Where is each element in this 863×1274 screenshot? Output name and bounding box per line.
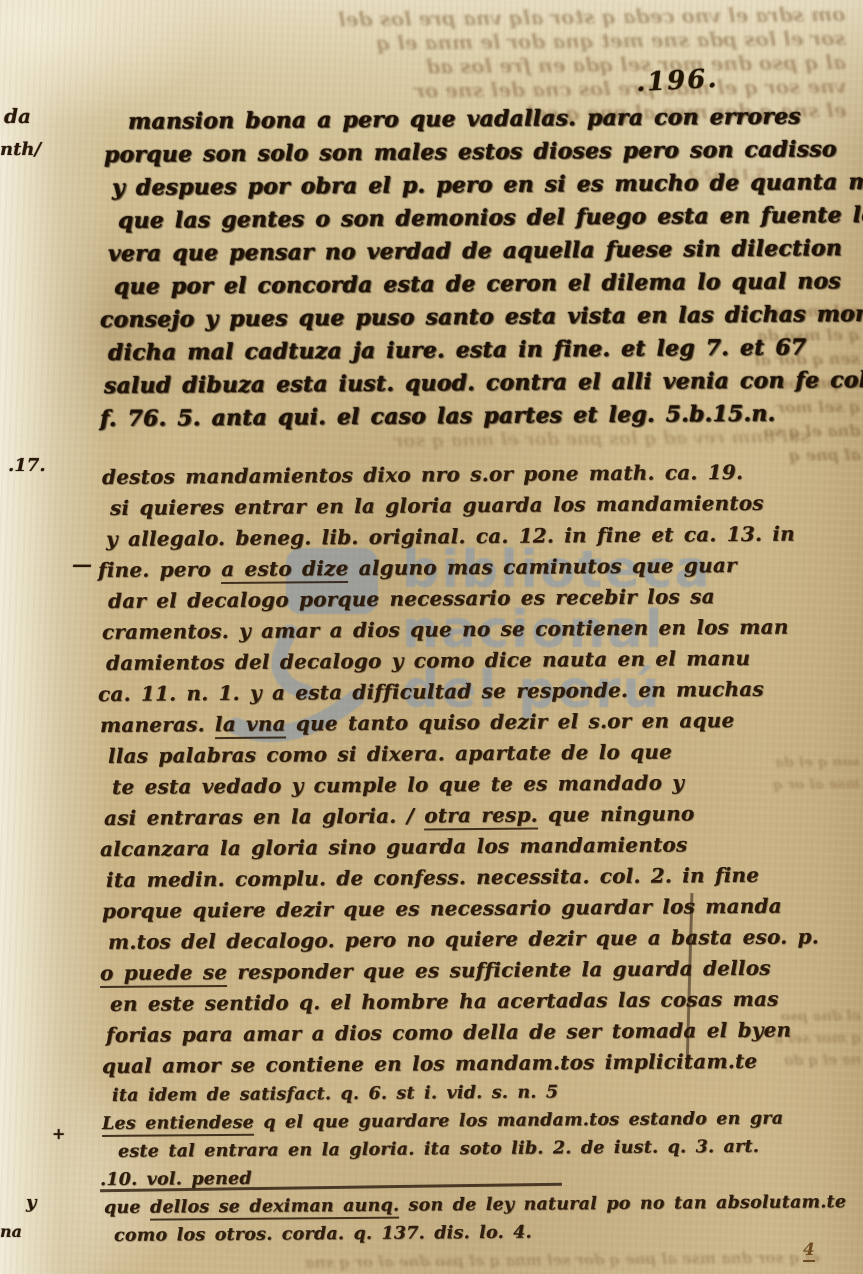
underlined-phrase: otra resp. [424, 803, 538, 831]
margin-note: nth/ [0, 139, 41, 160]
bleedthrough-line: al q pso dne mor sel qda en fre los ad [86, 50, 846, 82]
bleedthrough-line: om sdra el vno ceda q stor alq vna pre l… [85, 2, 845, 34]
manuscript-lines: mansion bona a pero que vadallas. para c… [98, 106, 846, 1250]
margin-note: y [26, 1192, 36, 1213]
manuscript-line: como los otros. corda. q. 137. dis. lo. … [98, 1216, 846, 1250]
underlined-phrase: o puede se [100, 960, 227, 988]
underlined-phrase: la vna [215, 712, 286, 740]
bleedthrough-text-bottom: el q sor dna mse al pne q dor sel mna q … [120, 1248, 820, 1274]
bleedthrough-line: el q sor dna mse al pne q dor sel mna q … [120, 1248, 820, 1274]
manuscript-page: om sdra el vno ceda q stor alq vna pre l… [0, 0, 863, 1274]
margin-note: na [0, 1222, 22, 1241]
underlined-phrase: dellos se deximan aunq. [150, 1196, 399, 1221]
quire-signature-mark: 4 [803, 1240, 815, 1262]
bleedthrough-line: sor el los pda sne met qna dor le mna el… [86, 26, 846, 58]
margin-note-paragraph-17: .17. [8, 455, 46, 476]
margin-note: da [4, 104, 31, 128]
margin-plus-mark: + [52, 1124, 65, 1143]
underlined-phrase: Les entiendese [102, 1113, 254, 1137]
margin-dash-mark: — [72, 552, 92, 576]
folio-number: .196. [635, 64, 719, 98]
underlined-phrase: a esto dize [221, 556, 349, 584]
